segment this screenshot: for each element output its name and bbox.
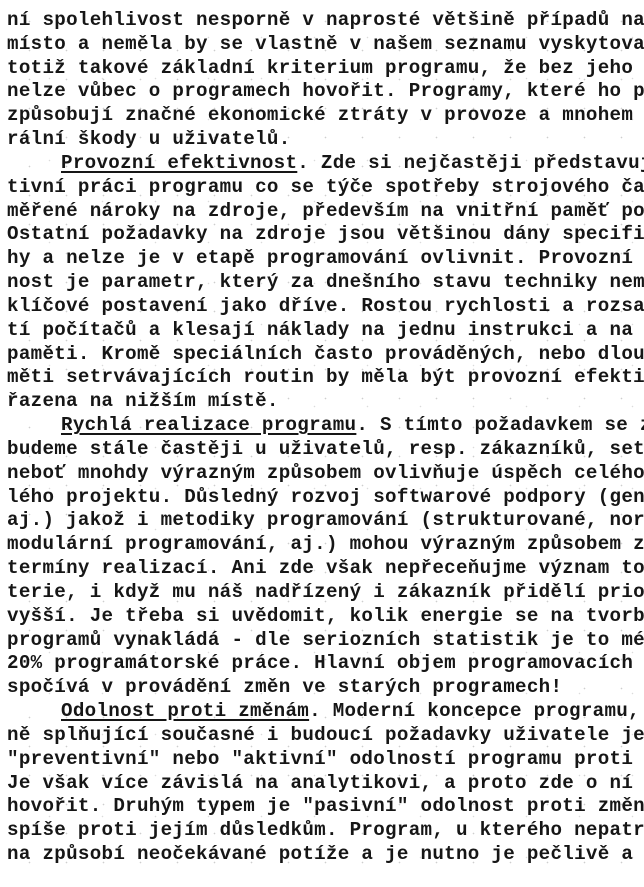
text-line: ní spolehlivost nesporně v naprosté větš…: [7, 9, 644, 33]
text-line: aj.) jakož i metodiky programování (stru…: [7, 509, 644, 533]
text-span: . Moderní koncepce programu, komplex-: [309, 700, 644, 722]
text-line: vyšší. Je třeba si uvědomit, kolik energ…: [7, 605, 644, 629]
text-line: totiž takové základní kriterium programu…: [7, 57, 644, 81]
text-line: "preventivní" nebo "aktivní" odolností p…: [7, 748, 644, 772]
document-page: ní spolehlivost nesporně v naprosté větš…: [0, 0, 644, 887]
text-line: měti setrvávajících routin by měla být p…: [7, 366, 644, 390]
text-line: tivní práci programu co se týče spotřeby…: [7, 176, 644, 200]
text-line: termíny realizací. Ani zde však nepřeceň…: [7, 557, 644, 581]
text-span: . Zde si nejčastěji představujeme efek-: [297, 152, 644, 174]
text-line: programů vynakládá - dle seriozních stat…: [7, 629, 644, 653]
text-line: nost je parametr, který za dnešního stav…: [7, 271, 644, 295]
text-line: neboť mnohdy výrazným způsobem ovlivňuje…: [7, 462, 644, 486]
text-line: Ostatní požadavky na zdroje jsou většino…: [7, 223, 644, 247]
text-line: tí počítačů a klesají náklady na jednu i…: [7, 319, 644, 343]
text-line: paměti. Kromě speciálních často prováděn…: [7, 343, 644, 367]
text-line: ně splňující současné i budoucí požadavk…: [7, 724, 644, 748]
text-line: měřené nároky na zdroje, především na vn…: [7, 200, 644, 224]
text-line: místo a neměla by se vlastně v našem sez…: [7, 33, 644, 57]
text-line: hovořit. Druhým typem je "pasivní" odoln…: [7, 795, 644, 819]
section-heading-odolnost-proti-zmenam: Odolnost proti změnám: [61, 700, 309, 722]
text-line: nelze vůbec o programech hovořit. Progra…: [7, 80, 644, 104]
text-line: terie, i když mu náš nadřízený i zákazní…: [7, 581, 644, 605]
text-line: hy a nelze je v etapě programování ovliv…: [7, 247, 644, 271]
text-line: na způsobí neočekávané potíže a je nutno…: [7, 843, 644, 867]
text-line: klíčové postavení jako dříve. Rostou ryc…: [7, 295, 644, 319]
text-span: . S tímto požadavkem se zřejmě: [356, 414, 644, 436]
text-line: rální škody u uživatelů.: [7, 128, 644, 152]
text-line: spíše proti jejím důsledkům. Program, u …: [7, 819, 644, 843]
text-line: lého projektu. Důsledný rozvoj softwarov…: [7, 486, 644, 510]
paragraph-first-line: Rychlá realizace programu. S tímto požad…: [7, 414, 644, 438]
text-line: budeme stále častěji u uživatelů, resp. …: [7, 438, 644, 462]
paragraph-first-line: Provozní efektivnost. Zde si nejčastěji …: [7, 152, 644, 176]
text-line: Je však více závislá na analytikovi, a p…: [7, 772, 644, 796]
text-line: řazena na nižším místě.: [7, 390, 644, 414]
section-heading-rychla-realizace-programu: Rychlá realizace programu: [61, 414, 356, 436]
document-body: ní spolehlivost nesporně v naprosté větš…: [7, 9, 644, 867]
text-line: modulární programování, aj.) mohou výraz…: [7, 533, 644, 557]
text-line: spočívá v provádění změn ve starých prog…: [7, 676, 644, 700]
section-heading-provozni-efektivnost: Provozní efektivnost: [61, 152, 297, 174]
text-line: 20% programátorské práce. Hlavní objem p…: [7, 652, 644, 676]
text-line: způsobují značné ekonomické ztráty v pro…: [7, 104, 644, 128]
paragraph-first-line: Odolnost proti změnám. Moderní koncepce …: [7, 700, 644, 724]
